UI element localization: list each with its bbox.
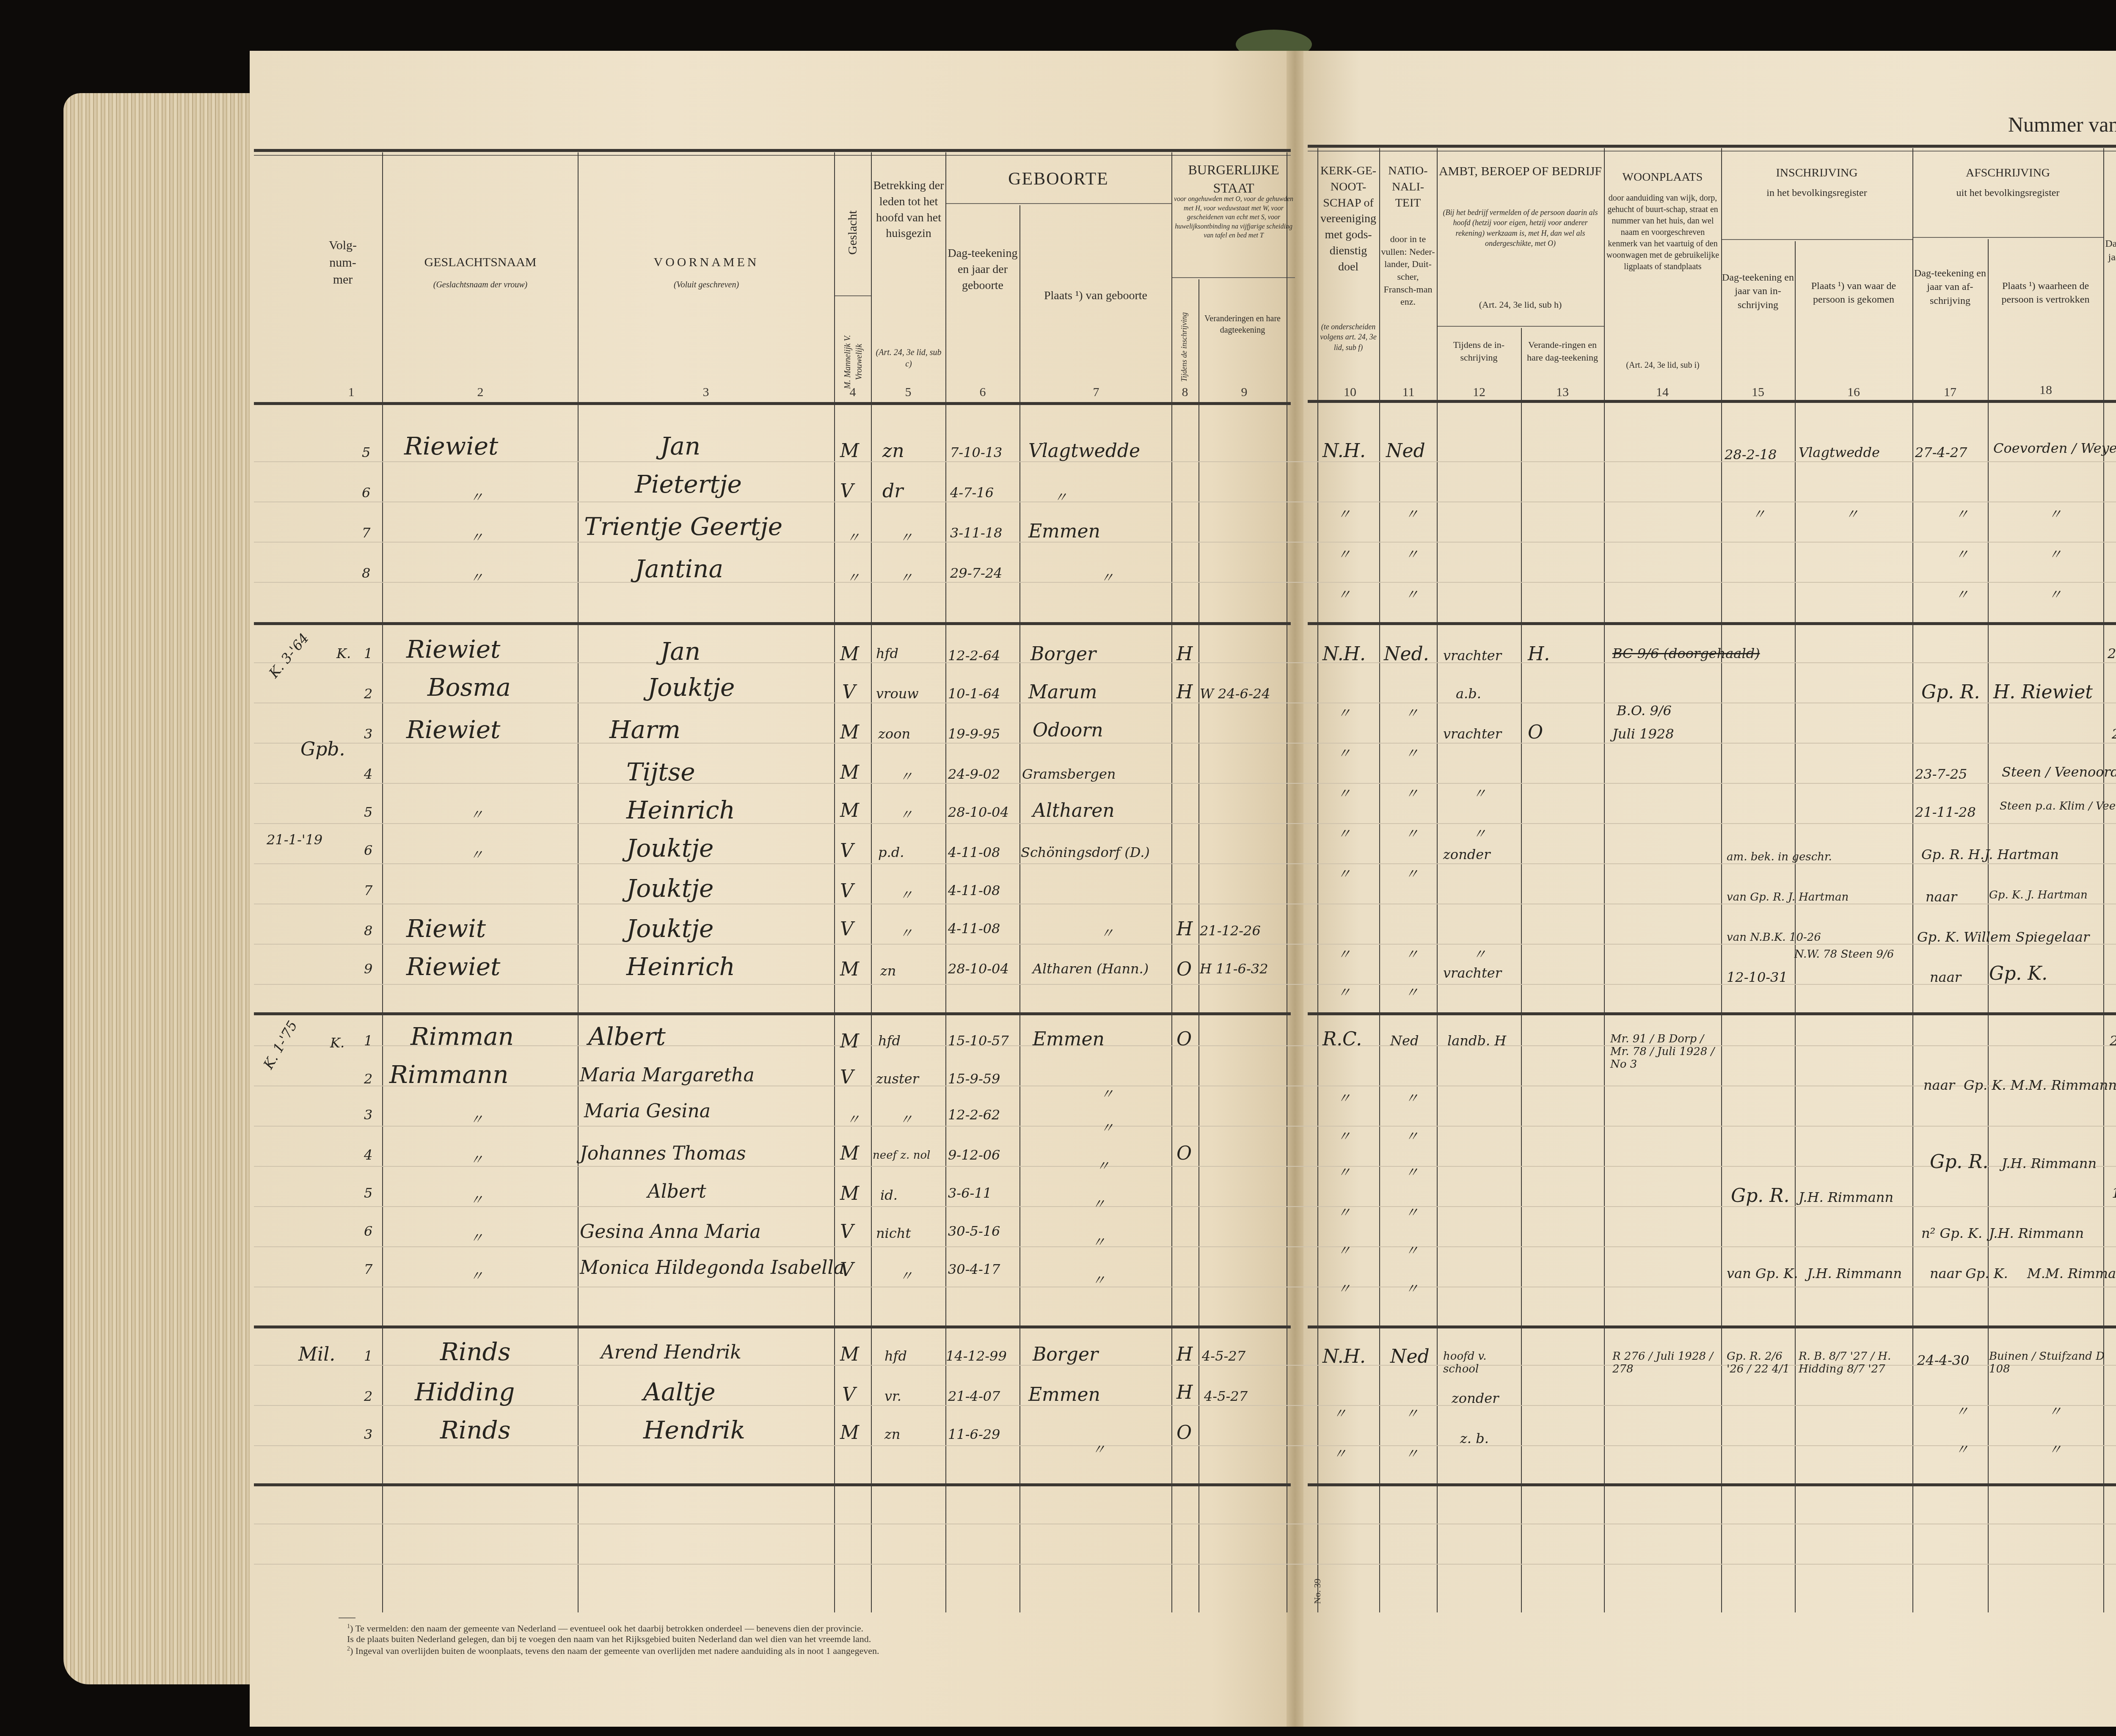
birth-date: 11-6-29	[948, 1426, 1000, 1442]
nationality: 〃	[1405, 703, 1419, 722]
deregistration-date: Gp. R.	[1930, 1151, 1988, 1173]
sex: M	[840, 1183, 859, 1204]
occupation: z. b.	[1460, 1430, 1489, 1447]
household-divider	[1308, 1483, 2116, 1486]
surname: Riewiet	[406, 715, 500, 744]
col-line	[382, 152, 383, 1612]
sheet-number-label: Nummer van het blad	[2008, 112, 2116, 137]
sex: V	[840, 480, 854, 502]
nationality: 〃	[1405, 1278, 1419, 1298]
row-line	[254, 944, 2116, 945]
row-number: 2	[364, 686, 372, 702]
birth-place: Vlagtwedde	[1028, 440, 1140, 462]
header-ambt-veranderingen: Verande-ringen en hare dag-teekening	[1522, 339, 1603, 364]
registration-from: J.H. Rimmann	[1799, 1189, 1893, 1205]
birth-place: 〃	[1100, 1117, 1114, 1137]
birth-place: Emmen	[1033, 1028, 1105, 1050]
row-number: 5	[364, 1185, 372, 1201]
header-ambt-art: (Art. 24, 3e lid, sub h)	[1439, 298, 1602, 311]
row-line	[254, 1405, 2116, 1406]
birth-place: 〃	[1092, 1193, 1105, 1213]
deregistration-to: Willem Spiegelaar	[1964, 929, 2089, 945]
given-names: Jouktje	[647, 673, 735, 702]
surname: Rimman	[411, 1022, 514, 1051]
row-number: 9	[364, 961, 372, 977]
registration-date: van N.B.K. 10-26	[1727, 931, 1821, 944]
given-names: Jouktje	[626, 874, 714, 903]
column-number: 17	[1937, 385, 1963, 400]
row-number: 8	[362, 565, 370, 581]
relation: neef z. nol	[873, 1149, 930, 1162]
registration-date: 〃	[1752, 504, 1766, 523]
given-names: Jan	[660, 432, 700, 460]
civil-status: O	[1176, 1422, 1192, 1444]
birth-date: 24-9-02	[948, 766, 1000, 782]
row-line	[254, 783, 2116, 784]
surname: 〃	[470, 487, 483, 506]
religion: R.C.	[1322, 1028, 1362, 1050]
given-names: Albert	[647, 1181, 706, 1202]
surname: Riewiet	[406, 635, 500, 664]
religion: 〃	[1337, 863, 1351, 883]
occupation: hoofd v. school	[1443, 1350, 1515, 1375]
col-line	[945, 152, 946, 1612]
margin-note: Mil.	[298, 1344, 335, 1365]
header-woonplaats-sub: door aanduiding van wijk, dorp, gehucht …	[1606, 193, 1719, 273]
row-line	[254, 1086, 2116, 1086]
row-line	[254, 1524, 2116, 1524]
column-number: 9	[1232, 385, 1257, 400]
surname: Riewiet	[404, 432, 498, 460]
death-date: 28-1-30	[2112, 726, 2116, 742]
surname: Hidding	[415, 1378, 515, 1406]
book-gutter	[1287, 51, 1303, 1727]
header-nationaliteit-sub: door in te vullen: Neder-lander, Duit-sc…	[1380, 233, 1436, 308]
birth-date: 28-10-04	[948, 804, 1009, 820]
religion: 〃	[1337, 504, 1351, 523]
sex: M	[840, 1143, 859, 1164]
deregistration-date: 〃	[1955, 544, 1969, 563]
row-number: 6	[364, 1223, 372, 1239]
religion: 〃	[1337, 1088, 1351, 1107]
deregistration-to: Gp. K. M.M. Rimmann	[1964, 1077, 2116, 1093]
civil-status: O	[1176, 1028, 1192, 1050]
row-number: 5	[362, 444, 370, 460]
header-afschrijving-sub: uit het bevolkingsregister	[1913, 186, 2102, 200]
header-bstaat-tijdens: Tijdens de inschrijving	[1179, 305, 1189, 389]
birth-place: Gramsbergen	[1022, 766, 1116, 782]
relation: 〃	[899, 1109, 913, 1128]
column-number: 6	[970, 385, 995, 400]
residence: B.O. 9/6	[1617, 703, 1672, 719]
column-number: 7	[1083, 385, 1109, 400]
margin-note: 21-1-'19	[267, 832, 322, 848]
deregistration-date: 23-7-25	[1915, 766, 1967, 782]
row-number: 7	[364, 1261, 372, 1277]
deregistration-to: Gp. K.	[1989, 963, 2047, 984]
nationality: 〃	[1405, 944, 1419, 963]
row-number: 6	[362, 485, 370, 501]
given-names: Aaltje	[643, 1378, 716, 1406]
deregistration-date: naar	[1930, 969, 1961, 985]
header-woonplaats: WOONPLAATS	[1605, 169, 1720, 185]
birth-place: Altharen (Hann.)	[1033, 961, 1149, 977]
civil-status: O	[1176, 959, 1192, 980]
birth-date: 10-1-64	[948, 686, 1000, 702]
relation: dr	[882, 480, 903, 502]
deregistration-to: 〃	[2048, 584, 2062, 603]
row-line	[254, 823, 2116, 824]
column-number: 5	[895, 385, 921, 400]
deregistration-date: 〃	[1955, 504, 1969, 523]
nationality: 〃	[1405, 863, 1419, 883]
religion: 〃	[1337, 1240, 1351, 1259]
nationality: 〃	[1405, 1443, 1419, 1463]
occupation-change: H.	[1528, 643, 1550, 665]
birth-place: 〃	[1100, 1083, 1114, 1103]
nationality: 〃	[1405, 1162, 1419, 1181]
nationality: 〃	[1405, 504, 1419, 523]
surname: 〃	[470, 844, 483, 864]
deregistration-to: 〃	[2048, 1439, 2062, 1458]
row-line	[254, 502, 2116, 502]
row-line	[254, 743, 2116, 744]
civil-status: H	[1176, 681, 1193, 703]
nationality: 〃	[1405, 982, 1419, 1001]
row-line	[254, 904, 2116, 904]
nationality: Ned	[1386, 440, 1425, 462]
sex: 〃	[846, 567, 860, 587]
surname: Bosma	[427, 673, 511, 702]
surname: Rimmann	[389, 1060, 509, 1089]
religion: 〃	[1337, 944, 1351, 963]
footnote-2: 2) Ingeval van overlijden buiten de woon…	[347, 1645, 879, 1656]
civil-status-change: W 24-6-24	[1200, 686, 1270, 702]
household-divider	[1308, 622, 2116, 625]
margin-note: K.	[336, 645, 351, 661]
row-line	[254, 1287, 2116, 1287]
birth-date: 4-7-16	[950, 485, 994, 501]
religion: 〃	[1337, 1162, 1351, 1181]
birth-date: 28-10-04	[948, 961, 1009, 977]
birth-place: Emmen	[1028, 1384, 1100, 1405]
registration-from: Vlagtwedde	[1799, 444, 1880, 460]
sex: V	[840, 1066, 854, 1088]
row-number: 7	[362, 525, 370, 541]
row-line	[254, 1564, 2116, 1565]
surname: 〃	[470, 1149, 483, 1168]
birth-date: 9-12-06	[948, 1147, 1000, 1163]
deregistration-date: 24-4-30	[1917, 1352, 1969, 1368]
relation: vr.	[884, 1388, 901, 1404]
civil-status: H	[1176, 1382, 1193, 1403]
deregistration-date: n² Gp. K.	[1921, 1225, 1982, 1241]
deregistration-date: 27-11-31	[2110, 1033, 2116, 1049]
row-line	[254, 582, 2116, 583]
surname: 〃	[470, 567, 483, 587]
deregistration-to: Buinen / Stuifzand D 108	[1989, 1350, 2116, 1375]
civil-status: H	[1176, 643, 1193, 665]
sex: M	[840, 1344, 859, 1365]
deregistration-to: 〃	[2048, 544, 2062, 563]
deregistration-to: J.H. Rimmann	[2002, 1155, 2097, 1171]
left-page-stack	[63, 93, 250, 1684]
deregistration-to: Steen / Veenoord	[2002, 764, 2116, 780]
col-line	[1171, 152, 1172, 1612]
occupation: a.b.	[1456, 686, 1481, 702]
footnote-1: 1) Te vermelden: den naam der gemeente v…	[347, 1623, 863, 1634]
header-voornamen: VOORNAMEN	[579, 254, 834, 271]
registration-date: van Gp. K.	[1727, 1265, 1798, 1281]
occupation-change: O	[1528, 722, 1543, 743]
relation: zn	[884, 1426, 900, 1442]
sex: M	[840, 643, 859, 665]
geboorte-group-rule	[945, 203, 1171, 204]
relation: hfd	[878, 1033, 901, 1049]
household-divider	[254, 1325, 1291, 1328]
header-geslachtsnaam-sub: (Geslachtsnaam der vrouw)	[383, 279, 578, 291]
given-names: Jouktje	[626, 914, 714, 943]
deregistration-date: 〃	[1955, 1439, 1969, 1458]
registration-from: 〃	[1845, 504, 1859, 523]
religion: N.H.	[1322, 1346, 1366, 1367]
civil-status-change: 4-5-27	[1204, 1388, 1248, 1404]
column-number: 16	[1841, 385, 1866, 400]
surname: Rinds	[440, 1416, 510, 1444]
relation: zoon	[878, 726, 910, 742]
header-ambt-sub: (Bij het bedrijf vermelden of de persoon…	[1439, 207, 1602, 248]
relation: 〃	[899, 567, 913, 587]
deregistration-to: 〃	[2048, 1401, 2062, 1420]
col-line	[578, 152, 579, 1612]
sex: M	[840, 959, 859, 980]
civil-status: H	[1176, 1344, 1193, 1365]
col-line	[1287, 152, 1287, 1612]
birth-date: 4-11-08	[948, 882, 1000, 898]
col-line	[871, 152, 872, 1612]
given-names: Maria Margaretha	[580, 1064, 755, 1086]
row-line	[254, 1166, 2116, 1167]
header-betrekking: Betrekking der leden tot het hoofd van h…	[873, 178, 945, 242]
header-ambt: AMBT, BEROEP OF BEDRIJF	[1438, 163, 1603, 180]
given-names: Arend Hendrik	[601, 1342, 741, 1363]
registration-date: Gp. R. 2/6 '26 / 22 4/1	[1727, 1350, 1794, 1375]
column-number: 15	[1745, 385, 1771, 400]
header-geboorte: GEBOORTE	[945, 167, 1171, 191]
ambt-group-rule	[1437, 326, 1604, 327]
registration-date: 28-2-18	[1725, 446, 1777, 463]
deregistration-date: 27-4-27	[1915, 444, 1967, 460]
registration-date: van Gp. R. J. Hartman	[1727, 891, 1849, 904]
nationality: 〃	[1405, 1240, 1419, 1259]
deregistration-date: naar	[1923, 1077, 1955, 1093]
religion: 〃	[1337, 1126, 1351, 1145]
religion: 〃	[1337, 982, 1351, 1001]
religion: 〃	[1337, 544, 1351, 563]
surname: 〃	[470, 1109, 483, 1128]
death-date: 24-6-24	[2108, 645, 2116, 661]
nationality: 〃	[1405, 1202, 1419, 1221]
birth-date: 30-4-17	[948, 1261, 1000, 1277]
civil-status-change: H 11-6-32	[1200, 961, 1268, 977]
surname: Rinds	[440, 1337, 510, 1366]
sex: M	[840, 800, 859, 821]
civil-status-change: 21-12-26	[1200, 923, 1261, 939]
deregistration-date: 〃	[1955, 1401, 1969, 1420]
col-line	[1521, 328, 1522, 1612]
relation: 〃	[899, 923, 913, 942]
given-names: Trientje Geertje	[584, 512, 782, 541]
birth-date: 19-9-95	[948, 726, 1000, 742]
birth-date: 21-4-07	[948, 1388, 1000, 1404]
religion: 〃	[1337, 1202, 1351, 1221]
occupation: vrachter	[1443, 648, 1502, 664]
sex: V	[840, 918, 854, 940]
row-number: 1	[364, 1033, 372, 1049]
col-line	[1988, 239, 1989, 1612]
row-line	[254, 461, 2116, 462]
col-line	[2103, 148, 2104, 1612]
birth-date: 29-7-24	[950, 565, 1002, 581]
birth-place: Schöningsdorf (D.)	[1021, 844, 1150, 860]
given-names: Gesina Anna Maria	[580, 1221, 761, 1243]
row-line	[254, 1126, 2116, 1127]
religion: 〃	[1337, 584, 1351, 603]
birth-place: Borger	[1033, 1344, 1098, 1365]
row-line	[254, 984, 2116, 985]
birth-date: 12-2-64	[948, 648, 1000, 664]
surname: Riewit	[406, 914, 486, 943]
footnote-1b: Is de plaats buiten Nederland gelegen, d…	[347, 1634, 871, 1645]
margin-note: K.	[330, 1035, 344, 1051]
nationality: 〃	[1405, 544, 1419, 563]
col-line	[1721, 148, 1722, 1612]
birth-date: 3-6-11	[948, 1185, 992, 1201]
birth-place: 〃	[1092, 1270, 1105, 1289]
surname: Riewiet	[406, 952, 500, 981]
household-divider	[254, 1483, 1291, 1486]
nationality: 〃	[1405, 743, 1419, 762]
column-number: 10	[1337, 385, 1363, 400]
sex: M	[840, 440, 859, 462]
header-inschrijving-plaats: Plaats ¹) van waar de persoon is gekomen	[1796, 279, 1912, 307]
deregistration-date: naar	[1926, 889, 1957, 905]
row-number: 3	[364, 1107, 372, 1123]
religion: 〃	[1337, 783, 1351, 802]
household-divider	[254, 622, 1291, 625]
col-line	[1317, 148, 1318, 1612]
given-names: Jantina	[635, 554, 723, 583]
header-voornamen-sub: (Voluit geschreven)	[579, 279, 834, 291]
row-number: 7	[364, 882, 372, 898]
occupation: 〃	[1473, 783, 1486, 802]
given-names: Tijtse	[626, 758, 695, 786]
deregistration-to: J.H. Rimmann	[1989, 1225, 2084, 1241]
registration-from: R. B. 8/7 '27 / H. Hidding 8/7 '27	[1799, 1350, 1911, 1375]
nationality: 〃	[1405, 1126, 1419, 1145]
religion: 〃	[1333, 1443, 1347, 1463]
religion: 〃	[1337, 823, 1351, 843]
header-geboorte-datum: Dag-teekening en jaar der geboorte	[946, 245, 1019, 293]
header-afschrijving-plaats: Plaats ¹) waarheen de persoon is vertrok…	[1989, 279, 2102, 307]
given-names: Monica Hildegonda Isabella	[580, 1257, 845, 1279]
birth-date: 30-5-16	[948, 1223, 1000, 1239]
row-line	[254, 542, 2116, 543]
sex: 〃	[846, 527, 860, 546]
relation: vrouw	[876, 686, 919, 702]
column-number: 8	[1172, 385, 1198, 400]
registration-from: N.W. 78 Steen 9/6	[1794, 948, 1894, 961]
col-line	[1379, 148, 1380, 1612]
given-names: Albert	[588, 1022, 666, 1051]
col-line	[1604, 148, 1605, 1612]
afschrijving-group-rule	[1912, 237, 2103, 238]
nationality: 〃	[1405, 584, 1419, 603]
birth-place: Altharen	[1033, 800, 1115, 821]
sex: V	[842, 681, 856, 703]
col-line	[834, 152, 835, 1612]
sex: 〃	[846, 1109, 860, 1128]
row-line	[254, 1246, 2116, 1247]
header-bottom-rule-right	[1308, 400, 2116, 403]
relation: 〃	[899, 885, 913, 904]
relation: 〃	[899, 766, 913, 785]
deregistration-date: naar Gp. K.	[1930, 1265, 2008, 1281]
header-betrekking-sub: (Art. 24, 3e lid, sub c)	[873, 347, 945, 370]
header-volgnummer: Volg- num- mer	[313, 237, 372, 289]
given-names: Jouktje	[626, 834, 714, 862]
row-line	[254, 863, 2116, 864]
nationality: 〃	[1405, 823, 1419, 843]
birth-place: Emmen	[1028, 521, 1100, 542]
header-afschrijving: AFSCHRIJVING	[1913, 165, 2102, 181]
header-kerkgenootschap: KERK-GE-NOOT-SCHAP of vereeniging met go…	[1318, 163, 1378, 275]
surname: 〃	[470, 1265, 483, 1285]
row-number: 3	[364, 1426, 372, 1442]
column-number: 2	[468, 385, 493, 400]
occupation: 〃	[1473, 944, 1486, 963]
header-woonplaats-art: (Art. 24, 3e lid, sub i)	[1606, 360, 1719, 371]
death-date: 19-6-21	[2112, 1185, 2116, 1201]
residence: Juli 1928	[1612, 726, 1674, 742]
registration-date: 12-10-31	[1727, 969, 1788, 985]
col-line	[1912, 148, 1913, 1612]
occupation: vrachter	[1443, 726, 1502, 742]
row-line	[254, 1445, 2116, 1446]
row-number: 4	[364, 1147, 372, 1163]
nationality: Ned	[1390, 1033, 1419, 1049]
relation: 〃	[899, 804, 913, 824]
header-geslacht: Geslacht	[844, 178, 862, 288]
relation: id.	[880, 1187, 898, 1203]
nationality: 〃	[1405, 783, 1419, 802]
nationality: Ned.	[1384, 643, 1429, 665]
column-number: 18	[2033, 383, 2058, 397]
occupation: landb. H	[1447, 1033, 1506, 1049]
birth-place: 〃	[1054, 487, 1067, 506]
residence: R 276 / Juli 1928 / 278	[1612, 1350, 1718, 1375]
surname: 〃	[470, 527, 483, 546]
birth-place: Odoorn	[1033, 719, 1103, 741]
geslacht-divider	[834, 295, 871, 296]
birth-place: 〃	[1100, 567, 1114, 587]
col-line	[1795, 241, 1796, 1612]
occupation: 〃	[1473, 823, 1486, 843]
sex: M	[840, 762, 859, 783]
surname: 〃	[470, 804, 483, 824]
header-kerkgenootschap-sub: (te onderscheiden volgens art. 24, 3e li…	[1318, 322, 1378, 353]
sex: V	[840, 1259, 854, 1281]
